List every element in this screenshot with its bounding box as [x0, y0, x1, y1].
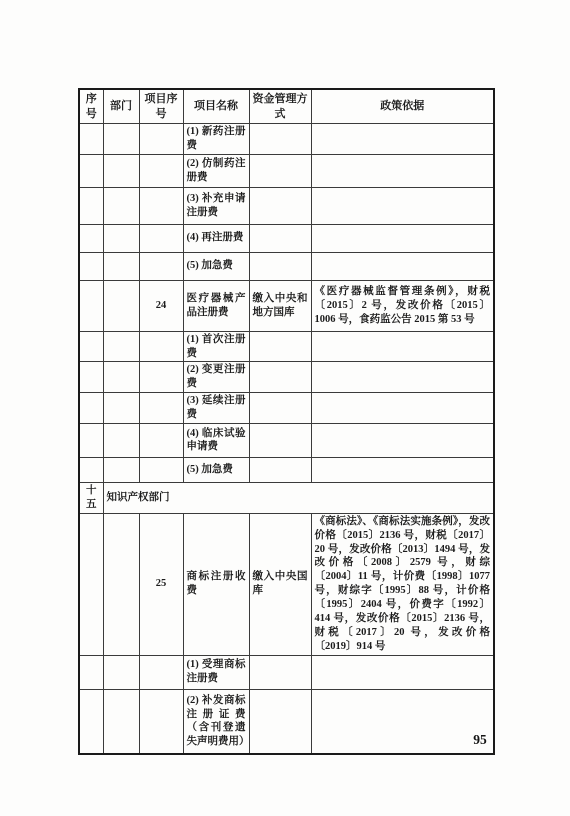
cell-seq [79, 154, 103, 187]
cell-fund [249, 224, 311, 252]
cell-policy: 《医疗器械监督管理条例》，财税〔2015〕2 号，发改价格〔2015〕1006 … [311, 280, 494, 331]
cell-fund [249, 124, 311, 155]
cell-fund [249, 252, 311, 280]
table-row: 25 商标注册收费 缴入中央国库 《商标法》、《商标法实施条例》，发改价格〔20… [79, 513, 494, 655]
cell-dept [103, 331, 139, 362]
col-header-policy: 政策依据 [311, 89, 494, 124]
cell-policy [311, 655, 494, 689]
cell-name: (3) 补充申请注册费 [183, 187, 249, 224]
cell-name: (3) 延续注册费 [183, 393, 249, 424]
cell-dept [103, 362, 139, 393]
cell-seq [79, 124, 103, 155]
cell-dept [103, 393, 139, 424]
cell-name: (1) 首次注册费 [183, 331, 249, 362]
col-header-fund: 资金管理方式 [249, 89, 311, 124]
cell-policy [311, 252, 494, 280]
cell-policy [311, 224, 494, 252]
cell-num [139, 655, 183, 689]
cell-name: (1) 新药注册费 [183, 124, 249, 155]
cell-dept [103, 224, 139, 252]
cell-fund [249, 154, 311, 187]
cell-num [139, 331, 183, 362]
cell-seq [79, 252, 103, 280]
table-row: (1) 受理商标注册费 [79, 655, 494, 689]
cell-num [139, 224, 183, 252]
table-row: (2) 仿制药注册费 [79, 154, 494, 187]
fee-schedule-table: 序号 部门 项目序号 项目名称 资金管理方式 政策依据 (1) 新药注册费 (2… [78, 88, 495, 755]
cell-name: 商标注册收费 [183, 513, 249, 655]
cell-name: (2) 变更注册费 [183, 362, 249, 393]
cell-dept [103, 513, 139, 655]
cell-name: (2) 仿制药注册费 [183, 154, 249, 187]
cell-name: (4) 临床试验申请费 [183, 423, 249, 457]
cell-section-seq: 十五 [79, 482, 103, 513]
cell-policy [311, 187, 494, 224]
cell-seq [79, 187, 103, 224]
cell-seq [79, 393, 103, 424]
document-page: 序号 部门 项目序号 项目名称 资金管理方式 政策依据 (1) 新药注册费 (2… [0, 0, 570, 816]
table-row: (2) 补发商标注册证费（含刊登遗失声明费用） [79, 689, 494, 754]
col-header-seq: 序号 [79, 89, 103, 124]
cell-fund [249, 331, 311, 362]
cell-fund [249, 423, 311, 457]
cell-num [139, 689, 183, 754]
cell-num [139, 423, 183, 457]
cell-dept [103, 252, 139, 280]
cell-policy [311, 331, 494, 362]
cell-dept [103, 187, 139, 224]
cell-name: (4) 再注册费 [183, 224, 249, 252]
cell-seq [79, 457, 103, 482]
cell-num [139, 187, 183, 224]
cell-fund [249, 655, 311, 689]
cell-seq [79, 331, 103, 362]
col-header-name: 项目名称 [183, 89, 249, 124]
cell-fund [249, 362, 311, 393]
section-row: 十五 知识产权部门 [79, 482, 494, 513]
cell-fund: 缴入中央国库 [249, 513, 311, 655]
cell-name: (5) 加急费 [183, 252, 249, 280]
cell-fund [249, 457, 311, 482]
table-row: (3) 补充申请注册费 [79, 187, 494, 224]
cell-policy [311, 124, 494, 155]
cell-num [139, 393, 183, 424]
cell-num [139, 362, 183, 393]
cell-policy [311, 154, 494, 187]
cell-seq [79, 423, 103, 457]
table-row: (4) 临床试验申请费 [79, 423, 494, 457]
cell-seq [79, 689, 103, 754]
cell-dept [103, 457, 139, 482]
cell-fund [249, 689, 311, 754]
cell-num: 24 [139, 280, 183, 331]
cell-num [139, 457, 183, 482]
cell-dept [103, 280, 139, 331]
cell-fund [249, 187, 311, 224]
cell-dept [103, 124, 139, 155]
table-row: (1) 新药注册费 [79, 124, 494, 155]
cell-dept [103, 655, 139, 689]
cell-policy [311, 362, 494, 393]
table-row: (4) 再注册费 [79, 224, 494, 252]
cell-policy [311, 457, 494, 482]
page-number: 95 [466, 732, 494, 748]
cell-policy [311, 393, 494, 424]
cell-dept [103, 689, 139, 754]
cell-seq [79, 513, 103, 655]
table-row: (5) 加急费 [79, 252, 494, 280]
cell-fund [249, 393, 311, 424]
cell-num [139, 124, 183, 155]
table-row: (2) 变更注册费 [79, 362, 494, 393]
col-header-dept: 部门 [103, 89, 139, 124]
col-header-num: 项目序号 [139, 89, 183, 124]
cell-fund: 缴入中央和地方国库 [249, 280, 311, 331]
cell-seq [79, 280, 103, 331]
cell-dept [103, 154, 139, 187]
cell-name: (5) 加急费 [183, 457, 249, 482]
cell-num [139, 252, 183, 280]
cell-name: (2) 补发商标注册证费（含刊登遗失声明费用） [183, 689, 249, 754]
cell-section-label: 知识产权部门 [103, 482, 494, 513]
cell-num [139, 154, 183, 187]
table-header-row: 序号 部门 项目序号 项目名称 资金管理方式 政策依据 [79, 89, 494, 124]
cell-seq [79, 224, 103, 252]
table-row: (1) 首次注册费 [79, 331, 494, 362]
cell-name: 医疗器械产品注册费 [183, 280, 249, 331]
table-row: 24 医疗器械产品注册费 缴入中央和地方国库 《医疗器械监督管理条例》，财税〔2… [79, 280, 494, 331]
cell-policy: 《商标法》、《商标法实施条例》，发改价格〔2015〕2136 号，财税〔2017… [311, 513, 494, 655]
table-row: (3) 延续注册费 [79, 393, 494, 424]
table-row: (5) 加急费 [79, 457, 494, 482]
cell-name: (1) 受理商标注册费 [183, 655, 249, 689]
cell-seq [79, 655, 103, 689]
cell-policy [311, 423, 494, 457]
cell-dept [103, 423, 139, 457]
cell-num: 25 [139, 513, 183, 655]
cell-seq [79, 362, 103, 393]
